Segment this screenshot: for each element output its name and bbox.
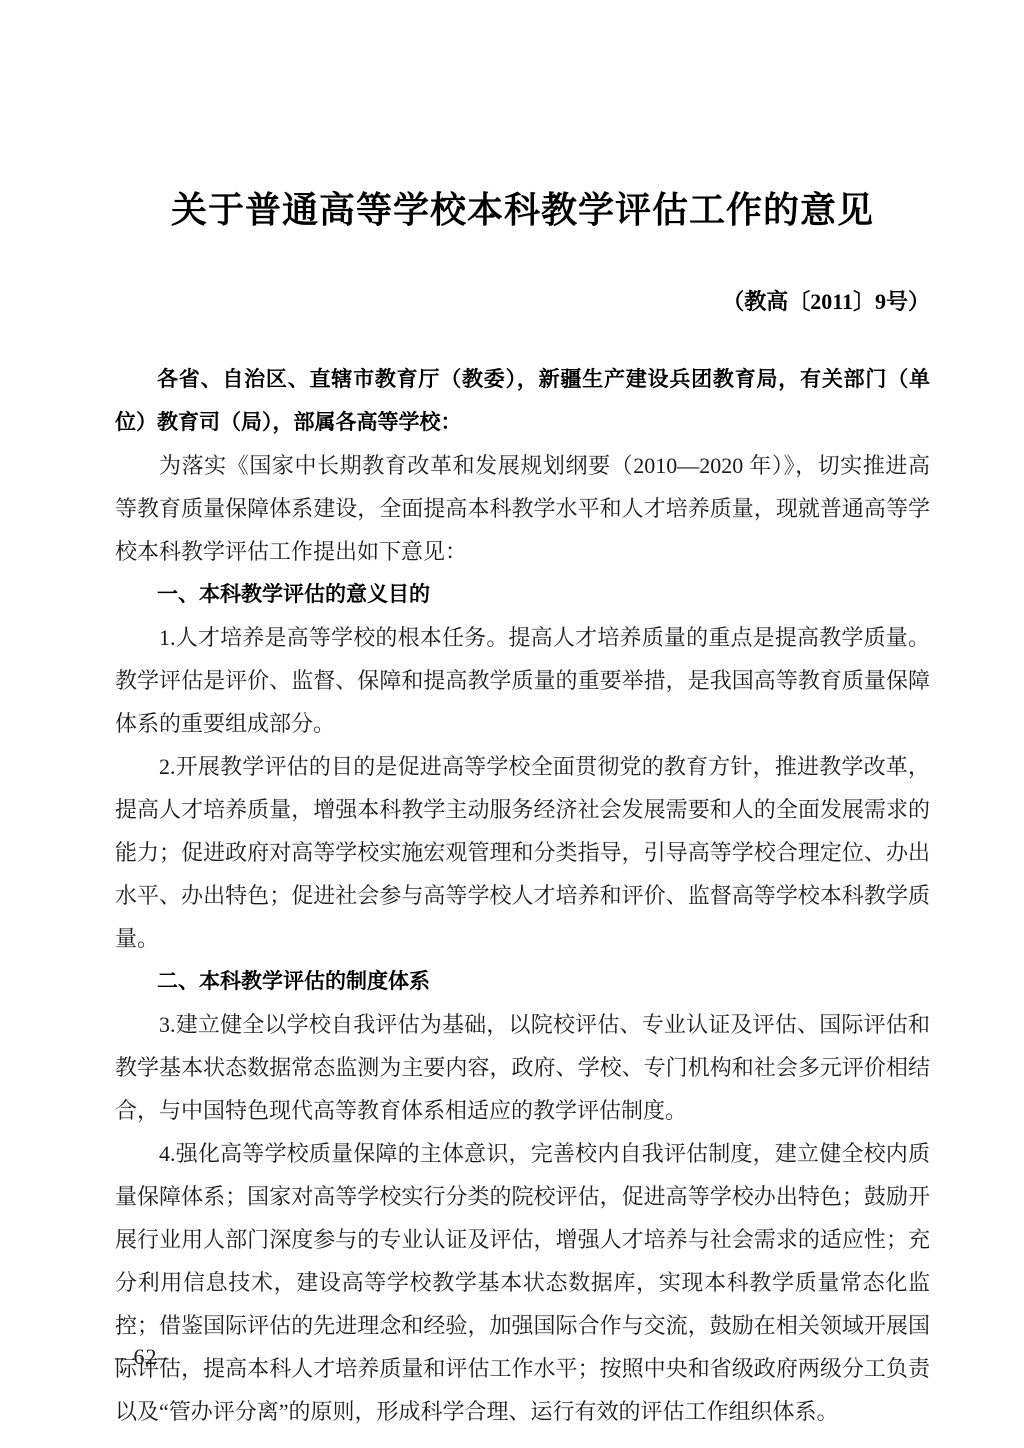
document-title: 关于普通高等学校本科教学评估工作的意见 [115,182,930,233]
document-page: 关于普通高等学校本科教学评估工作的意见 （教高〔2011〕9号） 各省、自治区、… [0,0,1024,1448]
intro-paragraph: 为落实《国家中长期教育改革和发展规划纲要（2010—2020 年）》，切实推进高… [115,444,930,573]
body-paragraph-3: 3.建立健全以学校自我评估为基础，以院校评估、专业认证及评估、国际评估和教学基本… [115,1003,930,1132]
document-content: 关于普通高等学校本科教学评估工作的意见 （教高〔2011〕9号） 各省、自治区、… [0,182,1024,1433]
document-number: （教高〔2011〕9号） [115,285,930,316]
body-paragraph-1: 1.人才培养是高等学校的根本任务。提高人才培养质量的重点是提高教学质量。教学评估… [115,616,930,745]
salutation-paragraph: 各省、自治区、直辖市教育厅（教委），新疆生产建设兵团教育局，有关部门（单位）教育… [115,358,930,444]
page-number: – 62– [115,1344,170,1370]
section-heading-2: 二、本科教学评估的制度体系 [115,960,930,1003]
section-heading-1: 一、本科教学评估的意义目的 [115,573,930,616]
body-paragraph-4: 4.强化高等学校质量保障的主体意识，完善校内自我评估制度，建立健全校内质量保障体… [115,1132,930,1433]
body-paragraph-2: 2.开展教学评估的目的是促进高等学校全面贯彻党的教育方针，推进教学改革，提高人才… [115,745,930,960]
document-body: 各省、自治区、直辖市教育厅（教委），新疆生产建设兵团教育局，有关部门（单位）教育… [115,358,930,1433]
